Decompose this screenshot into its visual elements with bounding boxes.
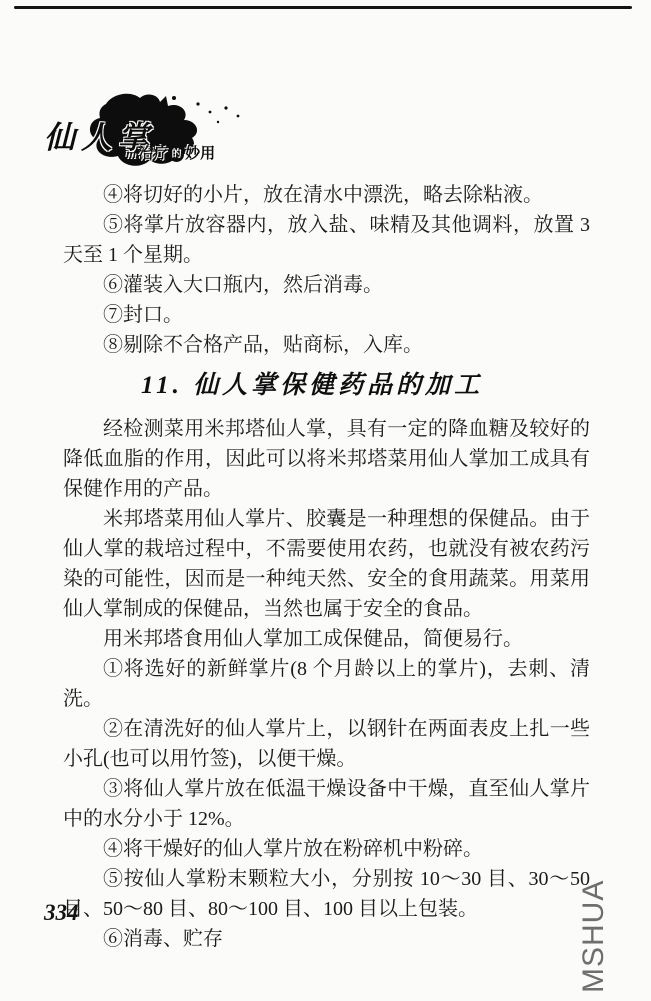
logo-subtitle: m治疗的妙用 [126, 142, 215, 163]
page-body: ④将切好的小片，放在清水中漂洗，略去除粘液。 ⑤将掌片放容器内，放入盐、味精及其… [63, 180, 590, 954]
step-paragraph: ⑤按仙人掌粉末颗粒大小，分别按 10～30 目、30～50 目、50～80 目、… [63, 864, 590, 924]
step-paragraph: ①将选好的新鲜掌片(8 个月龄以上的掌片)，去刺、清洗。 [63, 654, 590, 714]
book-logo: 仙人掌 m治疗的妙用 [44, 90, 254, 170]
watermark: MSHUA [607, 853, 647, 993]
page-top-rule [14, 6, 632, 9]
step-paragraph: ⑧剔除不合格产品，贴商标，入库。 [63, 330, 590, 360]
step-paragraph: ⑥消毒、贮存 [63, 924, 590, 954]
page-number: 334 [44, 900, 79, 926]
body-paragraph: 米邦塔菜用仙人掌片、胶囊是一种理想的保健品。由于仙人掌的栽培过程中，不需要使用农… [63, 504, 590, 624]
step-paragraph: ②在清洗好的仙人掌片上，以钢针在两面表皮上扎一些小孔(也可以用竹签)，以便干燥。 [63, 714, 590, 774]
logo-subtitle-right: 妙用 [185, 146, 215, 162]
section-heading: 11. 仙人掌保健药品的加工 [141, 371, 590, 401]
step-paragraph: ③将仙人掌片放在低温干燥设备中干燥，直至仙人掌片中的水分小于 12%。 [63, 774, 590, 834]
body-paragraph: 用米邦塔食用仙人掌加工成保健品，简便易行。 [63, 624, 590, 654]
step-paragraph: ⑥灌装入大口瓶内，然后消毒。 [63, 270, 590, 300]
step-paragraph: ⑦封口。 [63, 300, 590, 330]
step-paragraph: ⑤将掌片放容器内，放入盐、味精及其他调料，放置 3 天至 1 个星期。 [63, 210, 590, 270]
step-paragraph: ④将切好的小片，放在清水中漂洗，略去除粘液。 [63, 180, 590, 210]
watermark-text: MSHUA [577, 880, 611, 993]
logo-subtitle-prefix: m [126, 146, 136, 161]
book-page: 仙人掌 m治疗的妙用 ④将切好的小片，放在清水中漂洗，略去除粘液。 ⑤将掌片放容… [0, 0, 651, 1001]
circled-char-icon: 的 [169, 147, 184, 162]
body-paragraph: 经检测菜用米邦塔仙人掌，具有一定的降血糖及较好的降低血脂的作用，因此可以将米邦塔… [63, 414, 590, 504]
step-paragraph: ④将干燥好的仙人掌片放在粉碎机中粉碎。 [63, 834, 590, 864]
logo-subtitle-left: 治疗 [138, 146, 168, 162]
